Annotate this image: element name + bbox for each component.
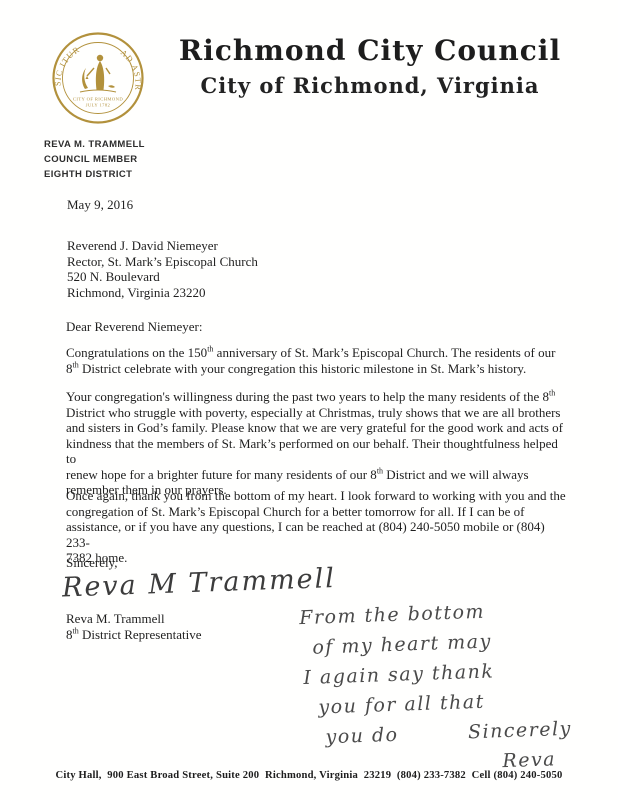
paragraph-2: Your congregation's willingness during t… <box>66 389 568 498</box>
signer-name: Reva M. Trammell <box>66 611 165 627</box>
note-line-text: you do <box>325 724 399 749</box>
council-subtitle: City of Richmond, Virginia <box>150 73 590 98</box>
seal-bottom-text-2: JULY 1782 <box>86 103 111 108</box>
council-member-identity: REVA M. TRAMMELL COUNCIL MEMBER EIGHTH D… <box>44 137 145 182</box>
letter-page: SIC ITUR AD ASTRA CITY OF RICHMOND JULY … <box>0 0 618 800</box>
note-sincerely: Sincerely <box>468 718 573 744</box>
closing: Sincerely, <box>66 555 118 571</box>
letter-date: May 9, 2016 <box>67 197 133 213</box>
salutation: Dear Reverend Niemeyer: <box>66 319 202 335</box>
paragraph-1: Congratulations on the 150th anniversary… <box>66 345 568 376</box>
masthead: Richmond City Council City of Richmond, … <box>150 36 590 98</box>
seal-motto-left: SIC ITUR <box>53 45 81 86</box>
signer-title: 8th District Representative <box>66 627 201 643</box>
paragraph-3: Once again, thank you from the bottom of… <box>66 488 568 566</box>
svg-text:SIC ITUR: SIC ITUR <box>53 45 81 86</box>
city-seal-icon: SIC ITUR AD ASTRA CITY OF RICHMOND JULY … <box>50 30 146 126</box>
recipient-address: Reverend J. David Niemeyer Rector, St. M… <box>67 238 258 300</box>
council-title: Richmond City Council <box>150 36 590 67</box>
footer-contact-line: City Hall, 900 East Broad Street, Suite … <box>0 770 618 781</box>
seal-bottom-text-1: CITY OF RICHMOND <box>73 97 123 102</box>
seal-figure <box>80 55 116 92</box>
handwritten-note: From the bottom of my heart may I again … <box>285 596 611 787</box>
